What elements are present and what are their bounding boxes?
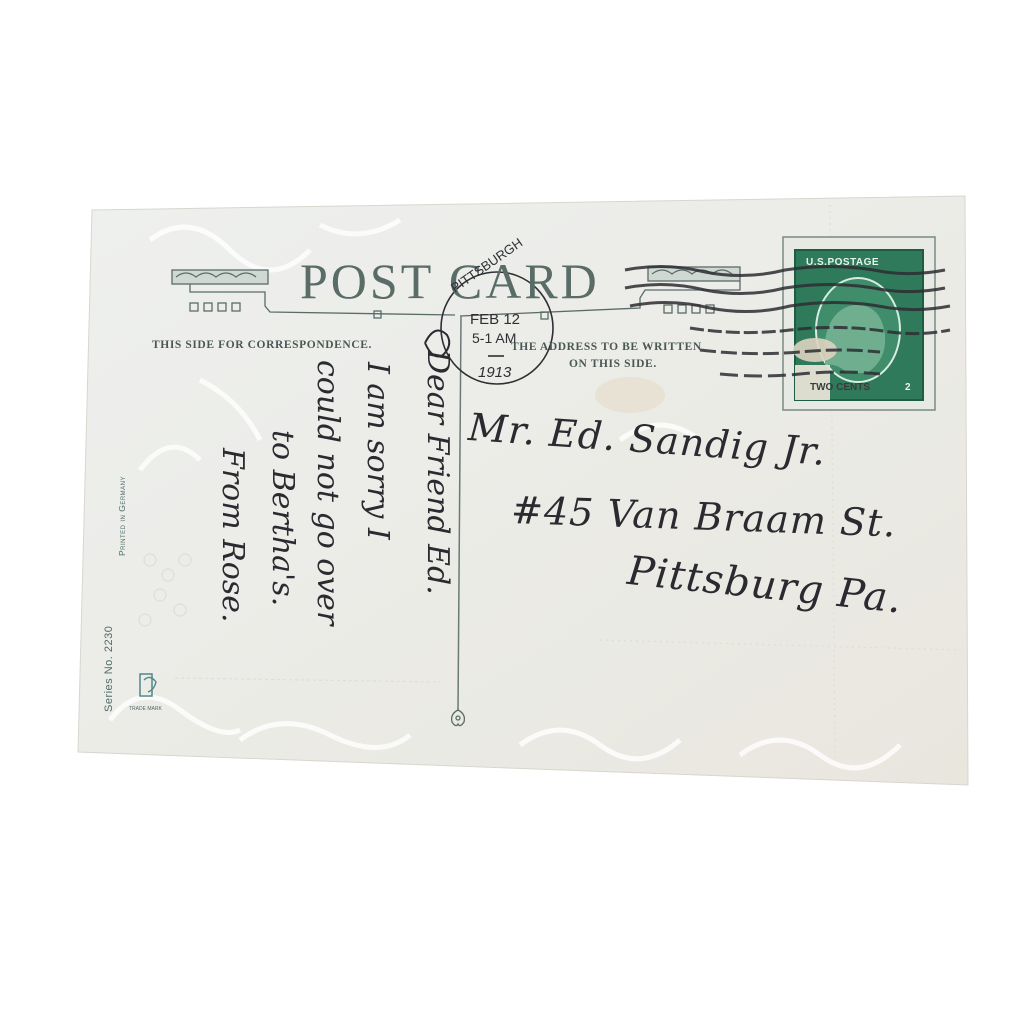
trademark-label: TRADE MARK bbox=[129, 706, 162, 712]
message-line-2: I am sorry I bbox=[360, 362, 395, 540]
stamp-top-text: U.S.POSTAGE bbox=[806, 257, 879, 268]
printed-in-germany: Printed in Germany bbox=[117, 476, 127, 556]
stamp-numeral: 2 bbox=[905, 382, 911, 393]
postmark-year: 1913 bbox=[478, 364, 511, 381]
address-label-line2: ON THIS SIDE. bbox=[569, 358, 657, 370]
trademark-icon bbox=[136, 670, 162, 700]
message-line-1: Dear Friend Ed. bbox=[420, 350, 455, 595]
message-line-4: to Bertha's. bbox=[265, 430, 300, 606]
series-number: Series No. 2230 bbox=[103, 626, 115, 712]
address-label-line1: THE ADDRESS TO BE WRITTEN bbox=[511, 341, 702, 353]
message-line-3: could not go over bbox=[310, 360, 345, 625]
postmark-time: 5-1 AM bbox=[472, 330, 516, 346]
message-line-5: From Rose. bbox=[215, 448, 250, 623]
postmark-date: FEB 12 bbox=[470, 311, 520, 328]
correspondence-label: THIS SIDE FOR CORRESPONDENCE. bbox=[152, 339, 372, 351]
stamp-value-text: TWO CENTS bbox=[810, 382, 870, 393]
postcard: POST CARD THIS SIDE FOR CORRESPONDENCE. … bbox=[0, 0, 1024, 1024]
